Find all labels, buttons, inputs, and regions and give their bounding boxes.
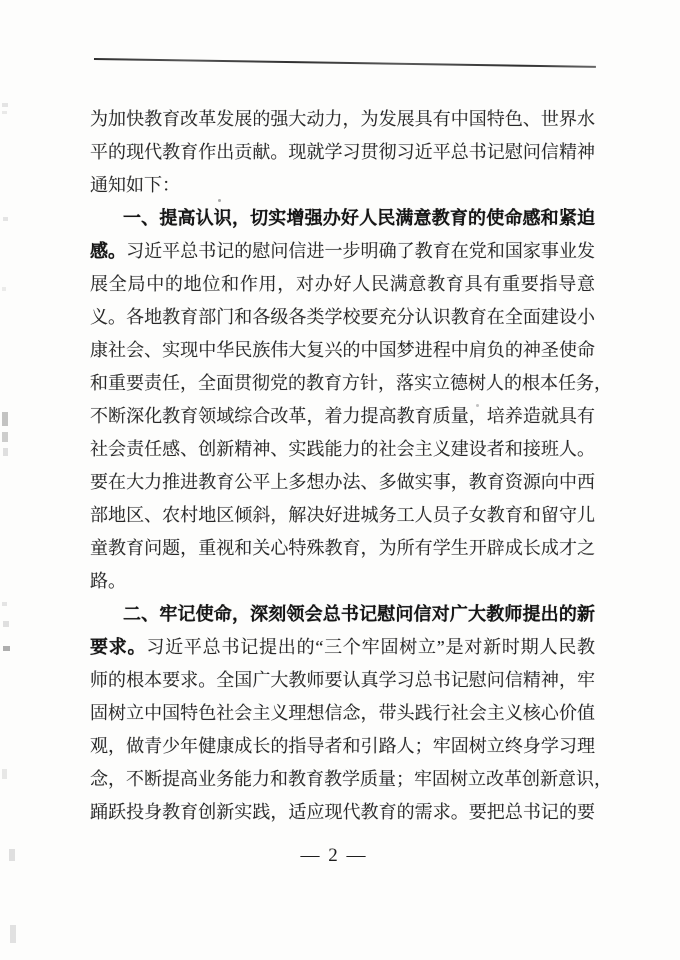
text-segment: 踊跃投身教育创新实践，适应现代教育的需求。要把总书记的要	[90, 802, 595, 822]
text-segment: 童教育问题，重视和关心特殊教育，为所有学生开辟成长成才之	[90, 538, 595, 558]
text-segment: 为加快教育改革发展的强大动力，为发展具有中国特色、世界水	[90, 109, 595, 129]
text-segment: 社会责任感、创新精神、实践能力的社会主义建设者和接班人。	[90, 439, 595, 459]
text-segment: 康社会、实现中华民族伟大复兴的中国梦进程中肩负的神圣使命	[90, 340, 595, 360]
text-segment: 习近平总书记提出的“三个牢固树立”是对新时期人民教	[146, 637, 595, 657]
scan-artifact	[218, 199, 221, 202]
text-line: 感。习近平总书记的慰问信进一步明确了教育在党和国家事业发	[90, 235, 595, 268]
scan-artifact	[2, 412, 8, 426]
text-line: 要在大力推进教育公平上多想办法、多做实事，教育资源向中西	[90, 466, 595, 499]
text-segment: 通知如下：	[90, 175, 180, 195]
text-segment: 念，不断提高业务能力和教育教学质量；牢固树立改革创新意识，	[90, 769, 612, 789]
text-segment: 部地区、农村地区倾斜，解决好进城务工人员子女教育和留守儿	[90, 505, 595, 525]
text-line: 踊跃投身教育创新实践，适应现代教育的需求。要把总书记的要	[90, 796, 595, 829]
bold-text-segment: 一、提高认识，切实增强办好人民满意教育的使命感和紧迫	[123, 208, 595, 228]
text-segment: 固树立中国特色社会主义理想信念，带头践行社会主义核心价值	[90, 703, 595, 723]
scan-artifact	[2, 103, 8, 107]
text-segment: 要在大力推进教育公平上多想办法、多做实事，教育资源向中西	[90, 472, 595, 492]
document-body: 为加快教育改革发展的强大动力，为发展具有中国特色、世界水平的现代教育作出贡献。现…	[90, 103, 595, 829]
text-segment: 平的现代教育作出贡献。现就学习贯彻习近平总书记慰问信精神	[90, 142, 595, 162]
scan-artifact	[3, 448, 8, 456]
scanned-document-page: 为加快教育改革发展的强大动力，为发展具有中国特色、世界水平的现代教育作出贡献。现…	[0, 0, 680, 960]
scan-artifact	[2, 111, 7, 114]
scan-artifact	[2, 769, 7, 779]
text-segment: 观，做青少年健康成长的指导者和引路人；牢固树立终身学习理	[90, 736, 595, 756]
text-line: 展全局中的地位和作用，对办好人民满意教育具有重要指导意	[90, 268, 595, 301]
text-segment: 师的根本要求。全国广大教师要认真学习总书记慰问信精神，牢	[90, 670, 595, 690]
text-line: 观，做青少年健康成长的指导者和引路人；牢固树立终身学习理	[90, 730, 595, 763]
text-line: 师的根本要求。全国广大教师要认真学习总书记慰问信精神，牢	[90, 664, 595, 697]
bold-text-segment: 要求。	[90, 637, 146, 657]
text-segment: 习近平总书记的慰问信进一步明确了教育在党和国家事业发	[126, 241, 595, 261]
page-number: — 2 —	[0, 845, 674, 867]
text-line: 路。	[90, 565, 595, 598]
text-segment: 义。各地教育部门和各级各类学校要充分认识教育在全面建设小	[90, 307, 595, 327]
scan-artifact	[3, 621, 9, 627]
text-line: 义。各地教育部门和各级各类学校要充分认识教育在全面建设小	[90, 301, 595, 334]
text-line: 和重要责任，全面贯彻党的教育方针，落实立德树人的根本任务，	[90, 367, 595, 400]
scan-artifact	[10, 925, 16, 943]
text-segment: 不断深化教育领域综合改革，着力提高教育质量，培养造就具有	[90, 406, 595, 426]
text-line: 固树立中国特色社会主义理想信念，带头践行社会主义核心价值	[90, 697, 595, 730]
text-line: 念，不断提高业务能力和教育教学质量；牢固树立改革创新意识，	[90, 763, 595, 796]
text-line: 二、牢记使命，深刻领会总书记慰问信对广大教师提出的新	[90, 598, 595, 631]
text-line: 要求。习近平总书记提出的“三个牢固树立”是对新时期人民教	[90, 631, 595, 664]
scan-artifact	[3, 646, 10, 651]
text-line: 不断深化教育领域综合改革，着力提高教育质量，培养造就具有	[90, 400, 595, 433]
text-line: 童教育问题，重视和关心特殊教育，为所有学生开辟成长成才之	[90, 532, 595, 565]
text-line: 部地区、农村地区倾斜，解决好进城务工人员子女教育和留守儿	[90, 499, 595, 532]
scan-artifact	[2, 432, 8, 442]
scan-artifact	[9, 849, 15, 861]
text-line: 平的现代教育作出贡献。现就学习贯彻习近平总书记慰问信精神	[90, 136, 595, 169]
text-line: 为加快教育改革发展的强大动力，为发展具有中国特色、世界水	[90, 103, 595, 136]
text-segment: 和重要责任，全面贯彻党的教育方针，落实立德树人的根本任务，	[90, 373, 612, 393]
text-line: 通知如下：	[90, 169, 595, 202]
text-segment: 展全局中的地位和作用，对办好人民满意教育具有重要指导意	[90, 274, 595, 294]
scan-artifact	[3, 217, 8, 221]
bold-text-segment: 感。	[90, 241, 126, 261]
top-horizontal-rule	[94, 58, 596, 68]
text-line: 社会责任感、创新精神、实践能力的社会主义建设者和接班人。	[90, 433, 595, 466]
scan-artifact	[476, 404, 479, 407]
text-line: 一、提高认识，切实增强办好人民满意教育的使命感和紧迫	[90, 202, 595, 235]
scan-artifact	[2, 602, 7, 606]
bold-text-segment: 二、牢记使命，深刻领会总书记慰问信对广大教师提出的新	[123, 604, 595, 624]
text-line: 康社会、实现中华民族伟大复兴的中国梦进程中肩负的神圣使命	[90, 334, 595, 367]
scan-artifact	[2, 287, 6, 291]
text-segment: 路。	[90, 571, 126, 591]
